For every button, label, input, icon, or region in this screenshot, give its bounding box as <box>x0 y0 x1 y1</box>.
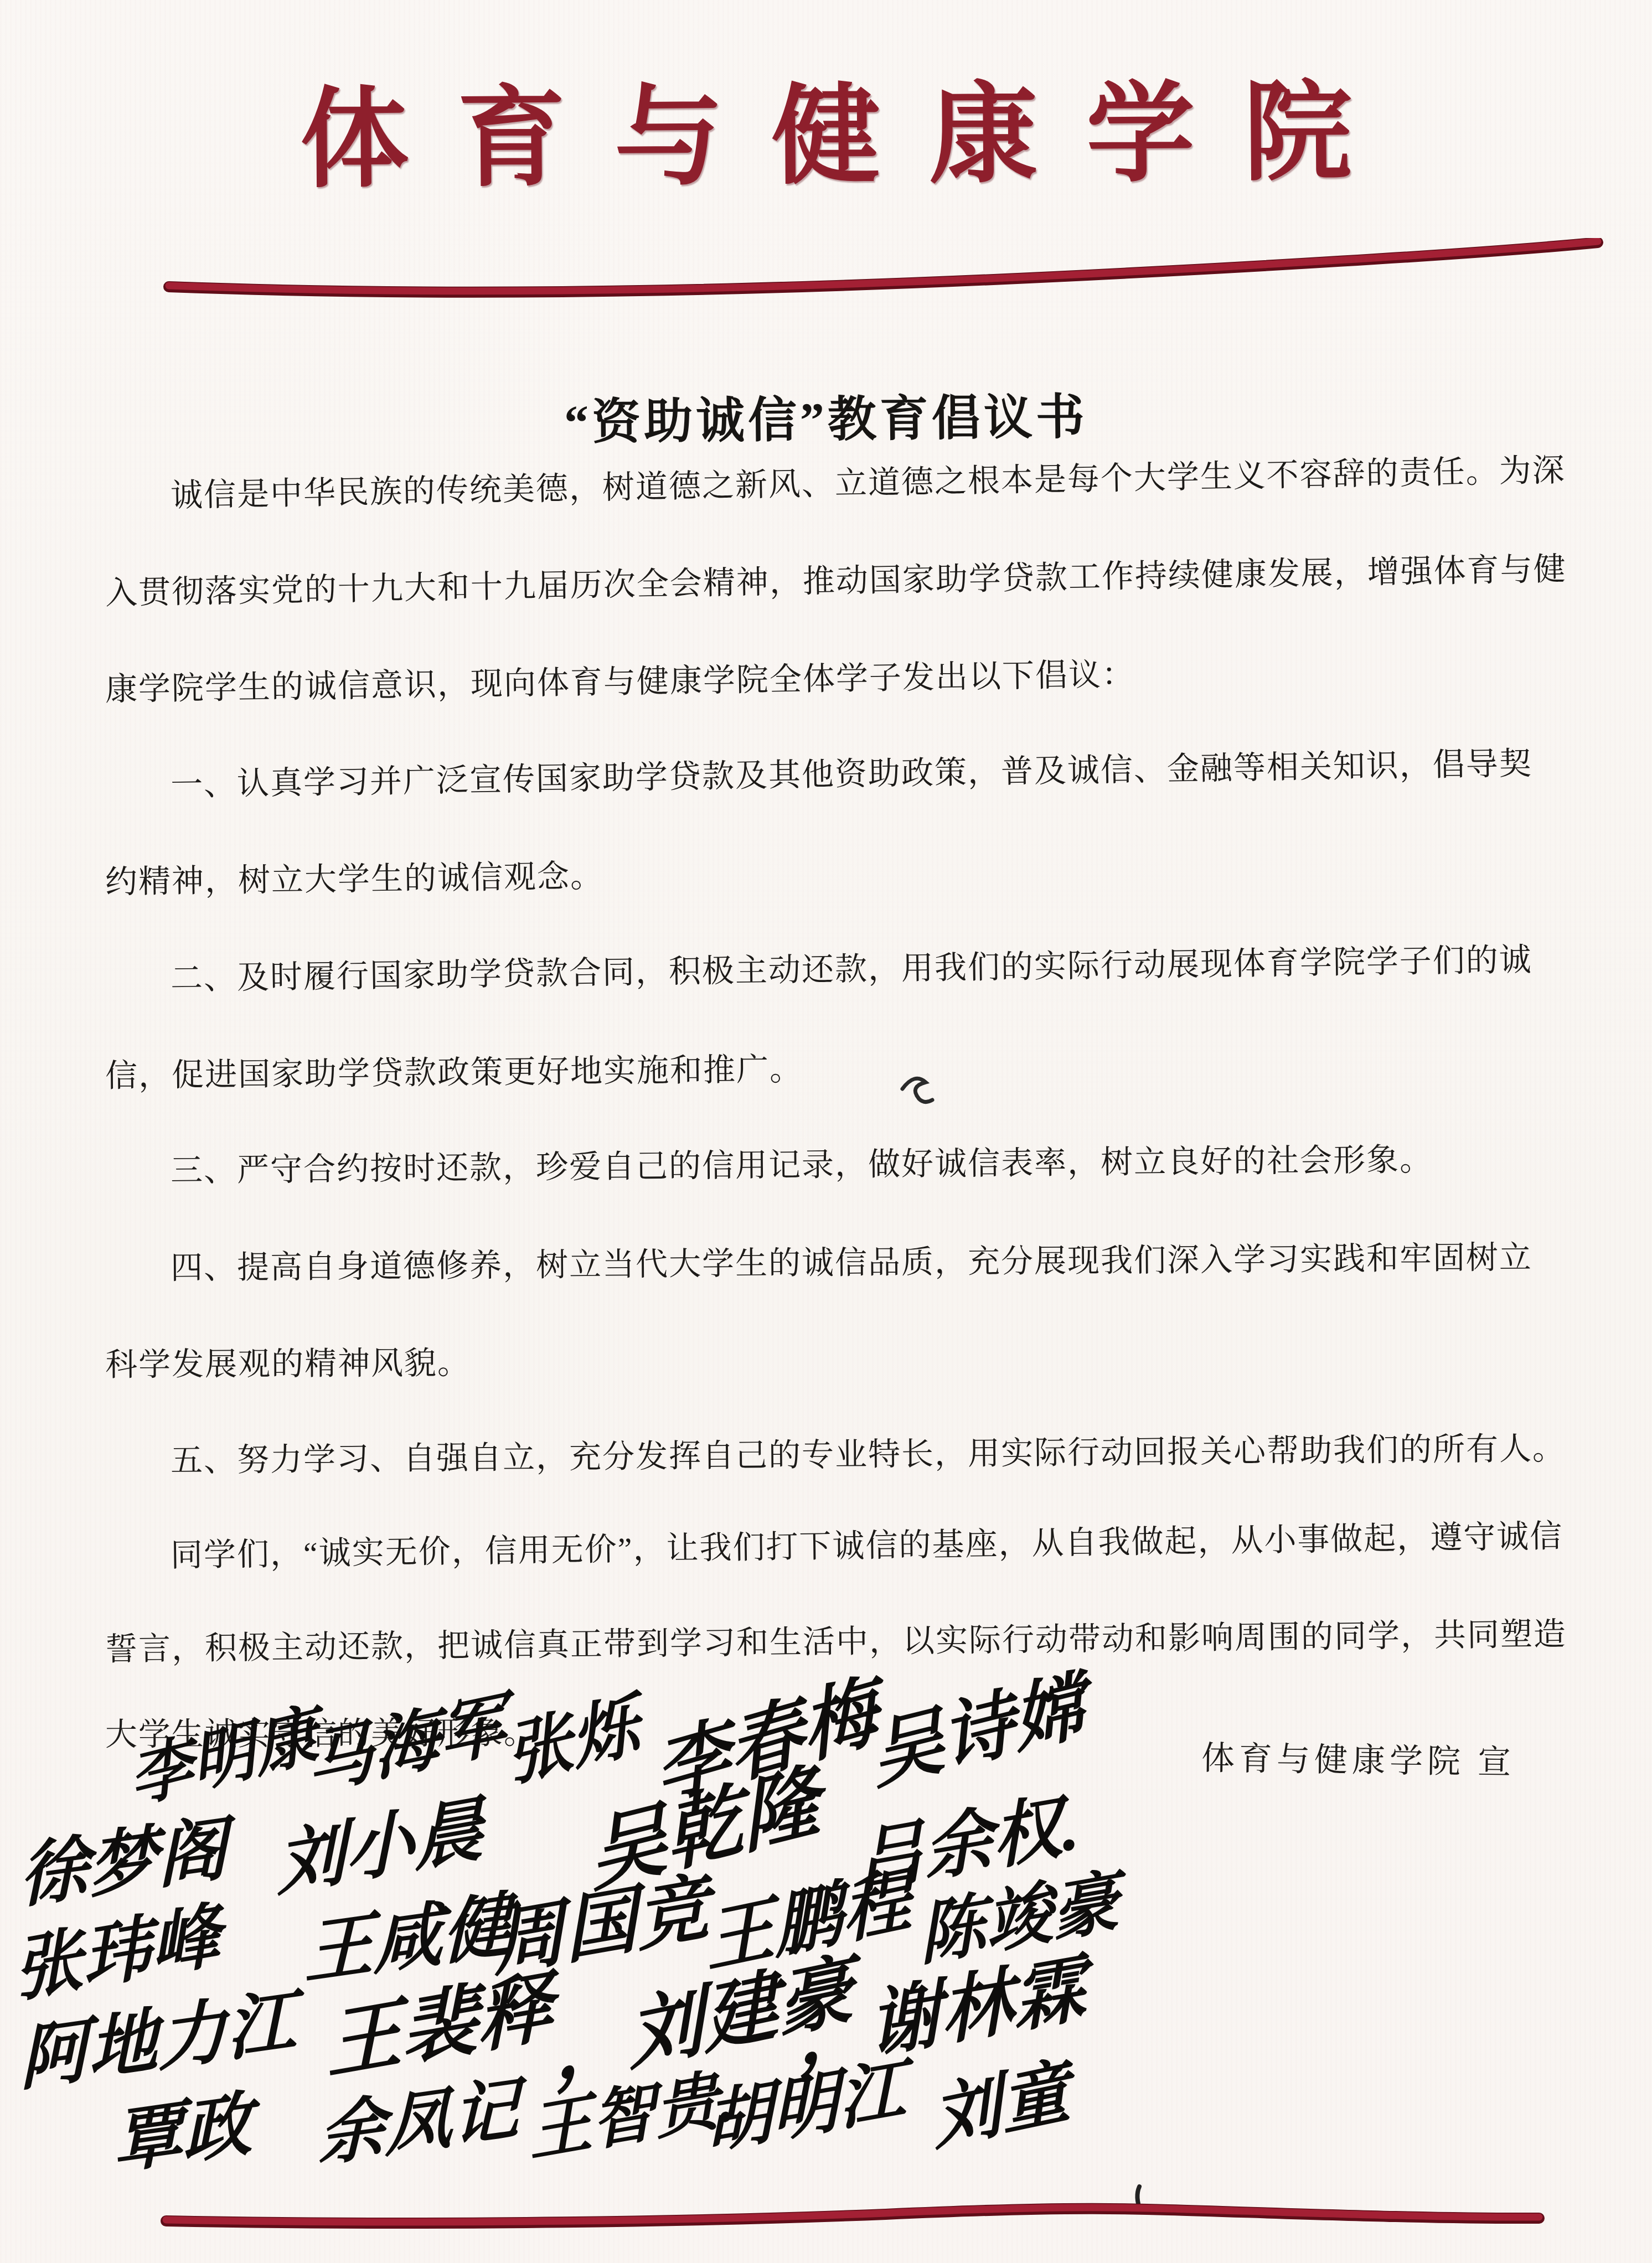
letterhead-title: 体育与健康学院 <box>0 43 1652 211</box>
body-line: 三、严守合约按时还款，珍爱自己的信用记录，做好诚信表率，树立良好的社会形象。 <box>105 1133 1433 1191</box>
body-line: 五、努力学习、自强自立，充分发挥自己的专业特长，用实际行动回报关心帮助我们的所有… <box>105 1422 1566 1481</box>
header-divider-line <box>0 238 1652 316</box>
signature-name: 刘童 <box>929 2057 1073 2156</box>
signature-name: 王咸健 <box>304 1890 512 1990</box>
body-line: 二、及时履行国家助学贷款合同，积极主动还款，用我们的实际行动展现体育学院学子们的… <box>105 933 1532 1000</box>
body-line: 誓言，积极主动还款，把诚信真正带到学习和生活中，以实际行动带动和影响周围的同学，… <box>105 1608 1567 1670</box>
signature-name: 王裴释 <box>326 1968 554 2085</box>
scanned-document-page: 体育与健康学院 “资助诚信”教育倡议书 诚信是中华民族的传统美德，树道德之新风、… <box>0 0 1652 2263</box>
signature-name: 周国竞 <box>490 1871 711 1982</box>
signature-name: 吴诗嫦 <box>867 1668 1090 1794</box>
body-line: 约精神，树立大学生的诚信观念。 <box>105 850 603 902</box>
signature-name: 张玮峰 <box>12 1901 223 2007</box>
signature-name: 徐梦阁 <box>18 1814 228 1913</box>
signature-name: 余凤记 <box>318 2075 519 2171</box>
attribution-college-seal-text: 体育与健康学院 宣 <box>1201 1732 1515 1784</box>
body-line: 信，促进国家助学贷款政策更好地实施和推广。 <box>105 1043 803 1096</box>
body-line: 康学院学生的诚信意识，现向体育与健康学院全体学子发出以下倡议： <box>105 648 1135 710</box>
footer-divider-line <box>0 2187 1652 2259</box>
stray-ink-mark <box>886 1055 952 1115</box>
body-line: 科学发展观的精神风貌。 <box>105 1337 471 1385</box>
signature-name: 覃政 <box>112 2090 253 2179</box>
body-line: 同学们，“诚实无价，信用无价”，让我们打下诚信的基座，从自我做起，从小事做起，遵… <box>105 1510 1563 1577</box>
signature-name: 阿地力江 <box>18 1987 297 2096</box>
body-line: 四、提高自身道德修养，树立当代大学生的诚信品质，充分展现我们深入学习实践和牢固树… <box>105 1231 1533 1289</box>
body-line: 入贯彻落实党的十九大和十九届历次全会精神，推动国家助学贷款工作持续健康发展，增强… <box>105 542 1567 613</box>
signature-name: 胡明江 <box>705 2056 907 2159</box>
body-line: 一、认真学习并广泛宣传国家助学贷款及其他资助政策，普及诚信、金融等相关知识，倡导… <box>105 737 1532 806</box>
signature-name: 刘小晨 <box>276 1795 484 1902</box>
